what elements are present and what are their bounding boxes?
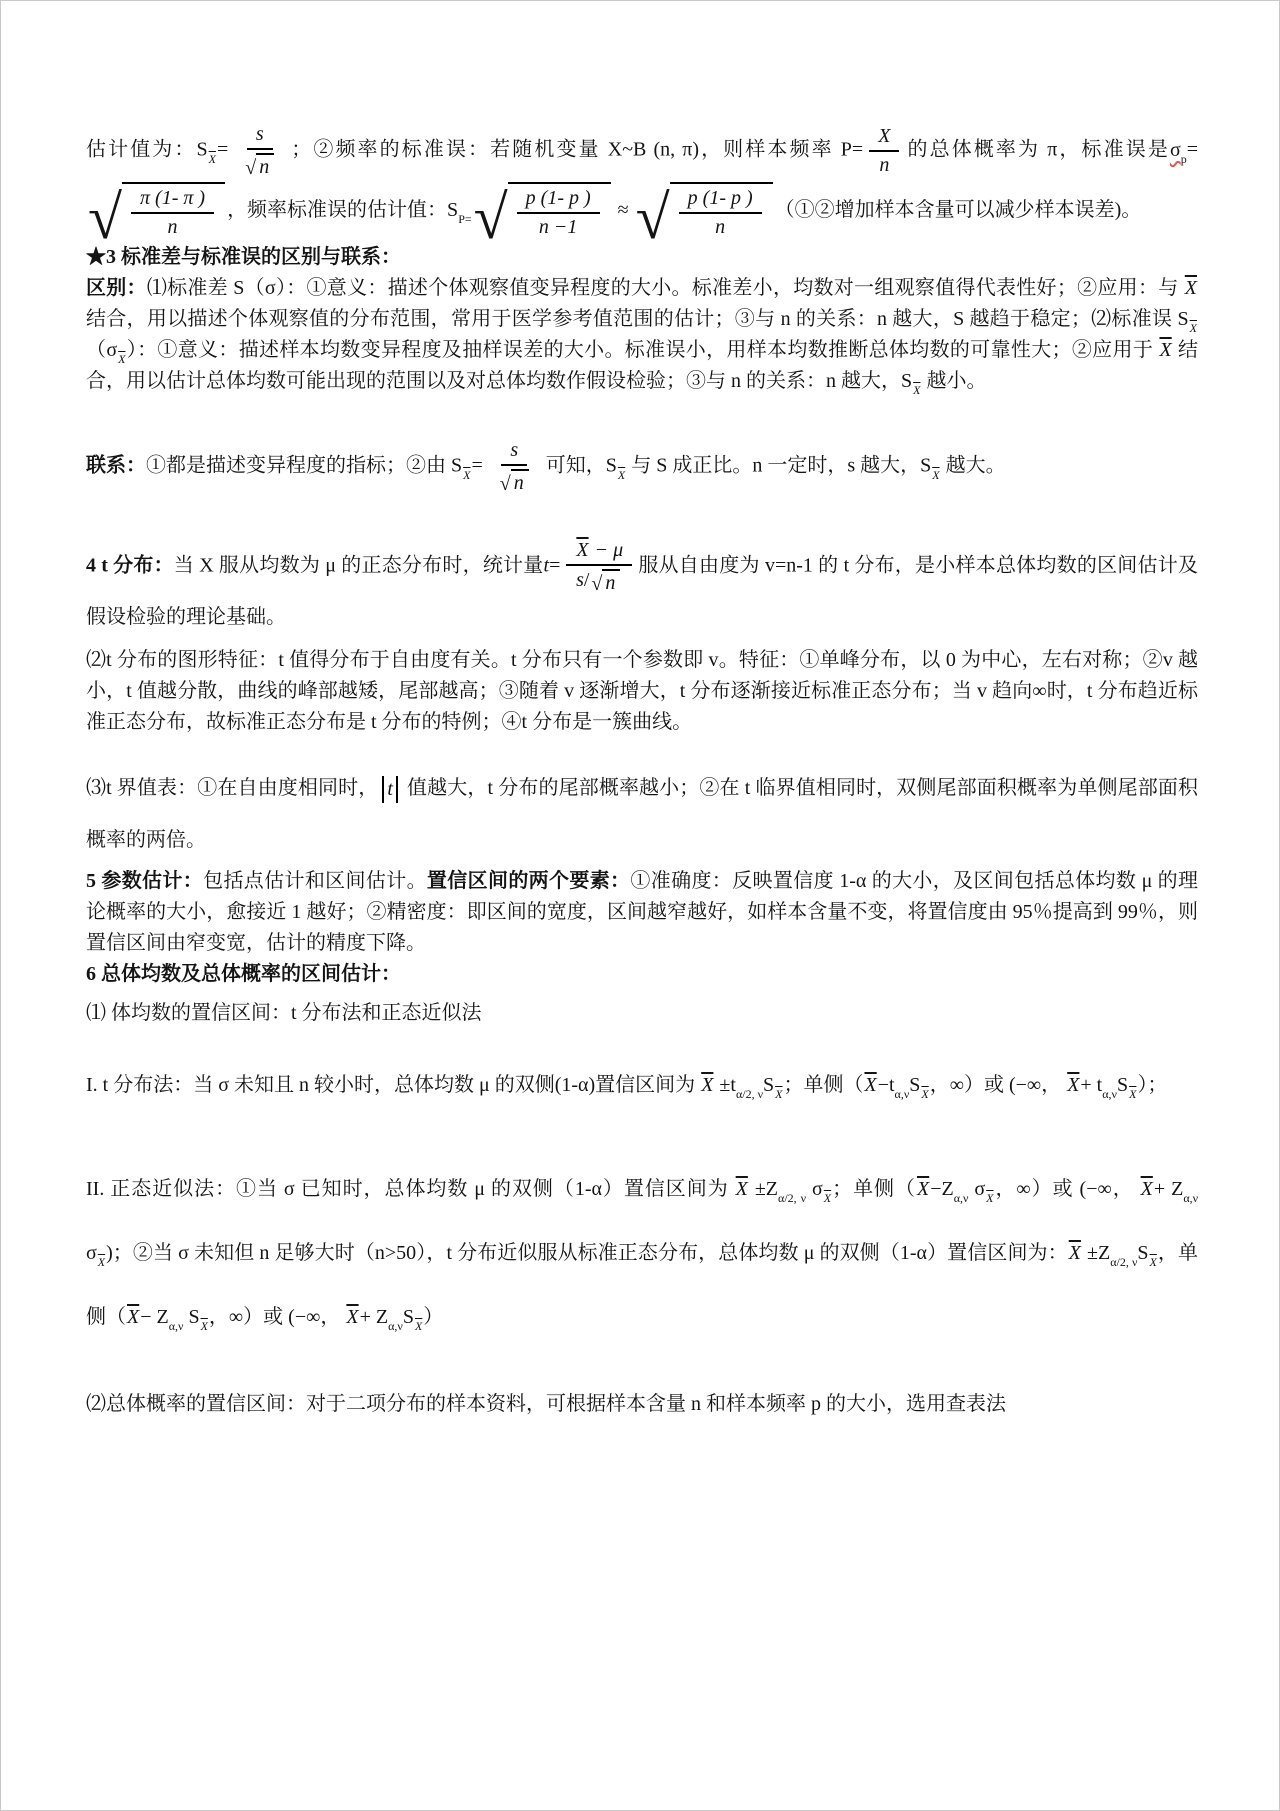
italic-text-run: n xyxy=(514,472,524,494)
subscript-run: X xyxy=(200,1319,209,1333)
text-run: ⑵t 分布的图形特征：t 值得分布于自由度有关。t 分布只有一个参数即 v。特征… xyxy=(86,649,1198,733)
para-4-t-distribution: 4 t 分布：当 X 服从均数为 μ 的正态分布时，统计量t=X − μs/√n… xyxy=(86,537,1198,637)
text-run: S xyxy=(909,1074,920,1096)
text-run: σ xyxy=(1170,139,1181,161)
text-run: −t xyxy=(878,1074,895,1096)
overline-x-symbol: X xyxy=(200,1319,209,1333)
radical-sign: √ xyxy=(500,474,511,494)
italic-text-run: s xyxy=(256,123,264,145)
square-root: √n xyxy=(245,153,274,178)
radical-sign: √ xyxy=(474,196,508,241)
para-mean-confidence-interval: ⑴ 体均数的置信区间：t 分布法和正态近似法 xyxy=(86,998,1198,1029)
bold-text-run: 联系： xyxy=(86,455,146,477)
text-run: 包括点估计和区间估计。 xyxy=(203,870,427,892)
text-run: = xyxy=(217,139,228,161)
fraction-denominator: n xyxy=(870,152,898,177)
fraction-numerator: p (1- p ) xyxy=(679,187,762,214)
fraction: Xn xyxy=(869,125,899,177)
subscript-run: α/2, ν xyxy=(1110,1255,1137,1269)
subscript-run: α/2, ν xyxy=(778,1191,806,1205)
overline-x-symbol: X xyxy=(1068,1242,1082,1264)
text-run: ±Z xyxy=(749,1178,778,1200)
bold-text-run: 区别： xyxy=(86,277,147,299)
para-relation: 联系：①都是描述变异程度的指标；②由 SX=s√n可知，SX 与 S 成正比。n… xyxy=(86,437,1198,497)
text-run: = xyxy=(471,455,482,477)
text-run: 估计值为：S xyxy=(86,139,208,161)
text-run: （σ xyxy=(86,339,117,361)
overline-x-symbol: X xyxy=(920,1087,929,1101)
text-run: ，频率标准误的估计值：S xyxy=(227,199,458,221)
text-run: ；单侧（ xyxy=(832,1178,916,1200)
subscript-run: X xyxy=(920,1087,929,1101)
fraction-denominator: n −1 xyxy=(530,214,587,239)
text-run: ）：①意义：描述样本均数变异程度及抽样误差的大小。标准误小，用样本均数推断总体均… xyxy=(126,339,1158,361)
text-run: ） xyxy=(423,1306,443,1328)
italic-text-run: X xyxy=(878,125,890,147)
fraction-numerator: X xyxy=(869,125,899,152)
text-run: σ xyxy=(806,1178,823,1200)
text-run: 越小。 xyxy=(921,370,986,392)
text-run: ≈ xyxy=(613,199,634,221)
overline-x-symbol: X xyxy=(1158,339,1172,361)
text-run: ±t xyxy=(714,1074,736,1096)
subscript-run: α,ν xyxy=(388,1319,403,1333)
subscript-run: P= xyxy=(458,212,471,226)
subscript-run: X xyxy=(1149,1255,1158,1269)
italic-text-run: n xyxy=(259,156,269,178)
fraction: X − μs/√n xyxy=(566,539,632,595)
bold-text-run: ★3 标准差与标准误的区别与联系： xyxy=(86,246,401,268)
subscript-run: X xyxy=(985,1191,994,1205)
italic-text-run: p (1- p ) xyxy=(526,187,591,209)
subscript-run: α/2, ν xyxy=(736,1087,763,1101)
text-run: ①都是描述变异程度的指标；②由 S xyxy=(146,455,462,477)
text-run: S xyxy=(1137,1242,1148,1264)
para-normal-approximation-method: II. 正态近似法：①当 σ 已知时，总体均数 μ 的双侧（1-α）置信区间为 … xyxy=(86,1157,1198,1349)
bold-text-run: 4 t 分布： xyxy=(86,555,174,577)
overline-x-symbol: X xyxy=(208,152,217,166)
para-5-parameter-estimation: 5 参数估计：包括点估计和区间估计。置信区间的两个要素：①准确度：反映置信度 1… xyxy=(86,866,1198,959)
text-run: ，∞）或 (−∞， xyxy=(209,1306,345,1328)
text-run: 结合，用以描述个体观察值的分布范围，常用于医学参考值范围的估计；③与 n 的关系… xyxy=(86,308,1189,330)
text-run: （①②增加样本含量可以减少样本误差)。 xyxy=(775,199,1142,221)
overline-x-symbol: X xyxy=(97,1255,106,1269)
text-run: S xyxy=(1117,1074,1128,1096)
subscript-run: α,ν xyxy=(954,1191,969,1205)
text-run: 越大。 xyxy=(941,455,1006,477)
italic-text-run: s xyxy=(576,569,584,591)
fraction-denominator: n xyxy=(159,214,187,239)
text-run: − Z xyxy=(140,1306,169,1328)
text-run: 当 X 服从均数为 μ 的正态分布时，统计量 xyxy=(174,555,544,577)
fraction-denominator: √n xyxy=(234,150,285,179)
text-run: S xyxy=(403,1306,414,1328)
overline-x-symbol: X xyxy=(617,468,626,482)
para-t-distribution-method: I. t 分布法：当 σ 未知且 n 较小时，总体均数 μ 的双侧(1-α)置信… xyxy=(86,1053,1198,1117)
radicand: n xyxy=(256,153,274,178)
text-run: ⑴标准差 S（σ）：①意义：描述个体观察值变异程度的大小。标准差小，均数对一组观… xyxy=(147,277,1184,299)
italic-text-run: n xyxy=(879,154,889,176)
italic-text-run: π (1- π ) xyxy=(140,187,205,209)
overline-x-symbol: X xyxy=(700,1074,714,1096)
overline-x-symbol: X xyxy=(1066,1074,1080,1096)
radicand: π (1- π )n xyxy=(122,182,225,241)
fraction: p (1- p )n xyxy=(679,187,762,239)
text-run: ⑵总体概率的置信区间：对于二项分布的样本资料，可根据样本含量 n 和样本频率 p… xyxy=(86,1393,1006,1415)
subscript-run: α,ν xyxy=(1102,1087,1117,1101)
overline-x-symbol: X xyxy=(735,1178,749,1200)
italic-text-run: s xyxy=(510,439,518,461)
radical-sign: √ xyxy=(245,158,256,178)
spellcheck-squiggle-run: σp xyxy=(1170,139,1187,161)
bold-text-run: 5 参数估计： xyxy=(86,870,203,892)
text-run: ）； xyxy=(1137,1074,1167,1096)
text-run: 与 S 成正比。n 一定时，s 越大，S xyxy=(626,455,931,477)
para-estimate-standard-error: 估计值为：SX=s√n；②频率的标准误：若随机变量 X~B (n, π)，则样本… xyxy=(86,121,1198,242)
italic-text-run: p (1- p ) xyxy=(688,187,753,209)
italic-text-run: n xyxy=(605,572,615,594)
subscript-run: X xyxy=(617,468,626,482)
overline-x-symbol: X xyxy=(823,1191,832,1205)
overline-x-symbol: X xyxy=(126,1306,140,1328)
radicand: n xyxy=(602,569,620,594)
text-run: + Z xyxy=(360,1306,389,1328)
text-run: ⑴ 体均数的置信区间：t 分布法和正态近似法 xyxy=(86,1002,482,1024)
overline-x-symbol: X xyxy=(863,1074,877,1096)
text-run: ；单侧（ xyxy=(783,1074,863,1096)
text-run: S xyxy=(183,1306,199,1328)
italic-text-run: n xyxy=(168,216,178,238)
italic-text-run: n xyxy=(715,216,725,238)
overline-x-symbol: X xyxy=(414,1319,423,1333)
fraction-numerator: p (1- p ) xyxy=(517,187,600,214)
subscript-run: X xyxy=(823,1191,832,1205)
subscript-run: X xyxy=(1189,321,1198,335)
text-run: )；②当 σ 未知但 n 足够大时（n>50），t 分布近似服从标准正态分布，总… xyxy=(106,1242,1068,1264)
fraction-denominator: s/√n xyxy=(567,566,631,595)
text-run: + Z xyxy=(1154,1178,1183,1200)
fraction-numerator: X − μ xyxy=(566,539,632,566)
fraction-denominator: n xyxy=(706,214,734,239)
para-probability-confidence-interval: ⑵总体概率的置信区间：对于二项分布的样本资料，可根据样本含量 n 和样本频率 p… xyxy=(86,1389,1198,1420)
radical-sign: √ xyxy=(591,574,602,594)
text-run: ±Z xyxy=(1082,1242,1110,1264)
text-run: S xyxy=(763,1074,774,1096)
text-run: ，∞）或 (−∞， xyxy=(995,1178,1140,1200)
document-page: 估计值为：SX=s√n；②频率的标准误：若随机变量 X~B (n, π)，则样本… xyxy=(0,0,1280,1811)
overline-x-symbol: X xyxy=(1149,1255,1158,1269)
para-t-graph-features: ⑵t 分布的图形特征：t 值得分布于自由度有关。t 分布只有一个参数即 v。特征… xyxy=(86,645,1198,738)
subscript-run: α,ν xyxy=(895,1087,910,1101)
overline-x-symbol: X xyxy=(345,1306,359,1328)
square-root: √π (1- π )n xyxy=(88,182,225,241)
para-difference: 区别：⑴标准差 S（σ）：①意义：描述个体观察值变异程度的大小。标准差小，均数对… xyxy=(86,273,1198,397)
document-body: 估计值为：SX=s√n；②频率的标准误：若随机变量 X~B (n, π)，则样本… xyxy=(86,121,1198,1420)
text-run: II. 正态近似法：①当 σ 已知时，总体均数 μ 的双侧（1-α）置信区间为 xyxy=(86,1178,735,1200)
italic-text-run: n −1 xyxy=(539,216,578,238)
text-run: / xyxy=(584,569,590,591)
overline-x-symbol: X xyxy=(575,539,589,561)
text-run: = xyxy=(549,555,560,577)
square-root: √p (1- p )n −1 xyxy=(474,182,611,241)
bold-text-run: 置信区间的两个要素： xyxy=(427,870,630,892)
radicand: p (1- p )n −1 xyxy=(508,182,611,241)
fraction-numerator: s xyxy=(247,123,273,150)
text-run: ；②频率的标准误：若随机变量 X~B (n, π)，则样本频率 P= xyxy=(291,139,863,161)
absolute-value-t: t xyxy=(382,776,398,803)
overline-x-symbol: X xyxy=(916,1178,930,1200)
square-root: √n xyxy=(500,469,529,494)
text-run: I. t 分布法：当 σ 未知且 n 较小时，总体均数 μ 的双侧(1-α)置信… xyxy=(86,1074,700,1096)
radicand: p (1- p )n xyxy=(670,182,773,241)
fraction-numerator: s xyxy=(501,439,527,466)
subscript-run: X xyxy=(931,468,940,482)
italic-text-run: − μ xyxy=(590,539,624,561)
text-run: ，∞）或 (−∞， xyxy=(930,1074,1066,1096)
subscript-run: X xyxy=(414,1319,423,1333)
fraction-denominator: √n xyxy=(489,466,540,495)
overline-x-symbol: X xyxy=(1189,321,1198,335)
fraction-numerator: π (1- π ) xyxy=(131,187,214,214)
fraction: π (1- π )n xyxy=(131,187,214,239)
text-run: σ xyxy=(86,1242,97,1264)
subscript-run: α,ν xyxy=(169,1319,184,1333)
radicand: n xyxy=(511,469,529,494)
fraction: s√n xyxy=(234,123,285,179)
radical-sign: √ xyxy=(636,196,670,241)
text-run: + t xyxy=(1080,1074,1102,1096)
overline-x-symbol: X xyxy=(1140,1178,1154,1200)
para-t-critical-table: ⑶t 界值表：①在自由度相同时，t 值越大，t 分布的尾部概率越小；②在 t 临… xyxy=(86,762,1198,866)
subscript-run: X xyxy=(208,152,217,166)
square-root: √p (1- p )n xyxy=(636,182,773,241)
heading-6-interval-estimation: 6 总体均数及总体概率的区间估计： xyxy=(86,959,1198,990)
text-run: = xyxy=(1187,139,1198,161)
bold-text-run: 6 总体均数及总体概率的区间估计： xyxy=(86,963,401,985)
text-run: 可知，S xyxy=(546,455,617,477)
fraction: p (1- p )n −1 xyxy=(517,187,600,239)
fraction: s√n xyxy=(489,439,540,495)
overline-x-symbol: X xyxy=(1184,277,1198,299)
subscript-run: α,ν xyxy=(1183,1191,1198,1205)
square-root: √n xyxy=(591,569,620,594)
text-run: ⑶t 界值表：①在自由度相同时， xyxy=(86,777,378,799)
subscript-run: X xyxy=(97,1255,106,1269)
overline-x-symbol: X xyxy=(985,1191,994,1205)
overline-x-symbol: X xyxy=(931,468,940,482)
text-run: −Z xyxy=(930,1178,954,1200)
text-run: 的总体概率为 π，标准误是 xyxy=(905,139,1170,161)
text-run: σ xyxy=(968,1178,985,1200)
radical-sign: √ xyxy=(88,196,122,241)
